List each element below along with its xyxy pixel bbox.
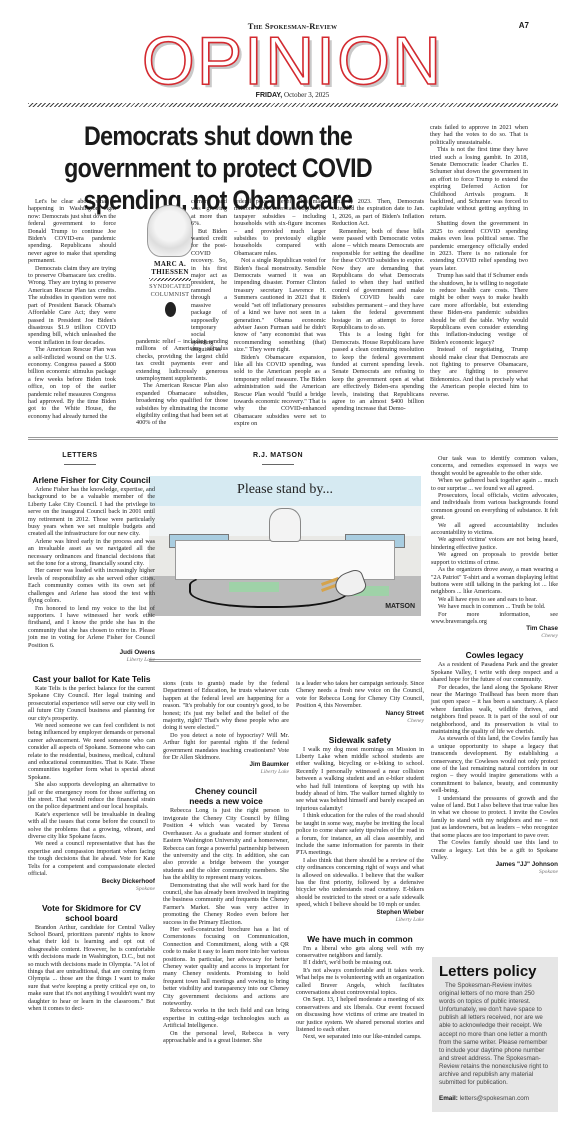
paragraph: federal poverty level. This made million… (234, 198, 326, 257)
section-divider (28, 437, 558, 440)
email-label: Email: (439, 1095, 458, 1102)
feature-column-4: Jan. 1, 2023. Then, Democrats extended t… (332, 198, 424, 413)
letter-title: Vote for Skidmore for CV school board (28, 903, 155, 923)
letter-location: Spokane (28, 886, 155, 893)
letter-location: Liberty Lake (28, 657, 155, 664)
paragraph: crats failed to approve in 2021 when the… (430, 124, 528, 146)
letter: Cheney council needs a new voice Rebecca… (163, 786, 289, 1044)
paragraph: We agreed victims' voices are not being … (431, 536, 558, 551)
paragraph: I'm a liberal who gets along well with m… (296, 945, 424, 960)
letter-title: Sidewalk safety (296, 735, 424, 745)
letter-author: Nancy Street (296, 710, 424, 718)
letter-title: Cowles legacy (431, 650, 558, 660)
letter-author: Becky Dickerhoof (28, 878, 155, 886)
paragraph: We need someone we can feel confident is… (28, 722, 155, 781)
letters-column-3: is a leader who takes her campaign serio… (296, 680, 424, 1041)
cartoonist-label: R.J. MATSON (238, 452, 318, 465)
paragraph: sions (cuts to grants) made by the feder… (163, 680, 289, 732)
letter: We have much in common I'm a liberal who… (296, 934, 424, 1041)
paragraph: She also supports developing an alternat… (28, 781, 155, 811)
paragraph: I walk my dog most mornings on Mission i… (296, 746, 424, 813)
paragraph: We all have eyes to see and ears to hear… (431, 596, 558, 603)
letter: Sidewalk safety I walk my dog most morni… (296, 735, 424, 924)
paragraph: As stewards of this land, the Cowles fam… (431, 735, 558, 794)
letter-author: Jim Baumker (163, 761, 289, 769)
policy-title: Letters policy (439, 964, 551, 980)
paragraph: I think education for the rules of the r… (296, 812, 424, 856)
paragraph: But Biden wanted credit for the post-COV… (191, 228, 227, 354)
letter-author: James "JJ" Johnson (431, 861, 558, 869)
paragraph: On the personal level, Rebecca is very a… (163, 1030, 289, 1045)
paragraph: I also think that there should be a revi… (296, 857, 424, 909)
letter-title: Arlene Fisher for City Council (28, 475, 155, 485)
paragraph: Her well-constructed brochure has a list… (163, 926, 289, 1007)
letters-label: LETTERS (60, 452, 100, 465)
feature-column-1: Let's be clear about what is happening i… (28, 198, 116, 420)
letter-location: Liberty Lake (163, 769, 289, 776)
paragraph: I understand the pressures of growth and… (431, 795, 558, 839)
paragraph: Let's be clear about what is happening i… (28, 198, 116, 265)
paragraph: Her career was loaded with increasingly … (28, 567, 155, 604)
paragraph: The American Rescue Plan also expanded O… (136, 382, 228, 426)
paragraph: Instead of negotiating, Trump should mak… (430, 346, 528, 398)
paragraph: I'm honored to lend my voice to the list… (28, 605, 155, 649)
paragraph: We have much in common ... Truth be told… (431, 603, 558, 610)
feature-column-3: federal poverty level. This made million… (234, 198, 326, 428)
columnist-rule (149, 278, 191, 281)
masthead-rule (28, 103, 558, 107)
policy-email: Email: letters@spokesman.com (439, 1095, 551, 1102)
letters-policy-box: Letters policy The Spokesman-Review invi… (432, 957, 558, 1112)
paragraph: Prosecutors, local officials, victim adv… (431, 492, 558, 522)
paragraph: It's not always comfortable and it takes… (296, 967, 424, 997)
section-title: OPINION (0, 29, 585, 93)
paragraph: If I didn't, we'd both be missing out. (296, 959, 424, 966)
letter-title: Cheney council needs a new voice (163, 786, 289, 806)
masthead: The Spokesman-Review A7 OPINION FRIDAY, … (0, 0, 585, 104)
letter-title: We have much in common (296, 934, 424, 944)
letter: Our task was to identify common values, … (431, 455, 558, 640)
paragraph: Jan. 1, 2023. Then, Democrats extended t… (332, 198, 424, 228)
letter: Vote for Skidmore for CV school board Br… (28, 903, 155, 1013)
paragraph: Kate's experience will be invaluable in … (28, 811, 155, 841)
letter: Cowles legacy As a resident of Pasadena … (431, 650, 558, 876)
email-link[interactable]: letters@spokesman.com (460, 1095, 529, 1102)
paragraph: Rebecca works in the tech field and can … (163, 1007, 289, 1029)
paragraph: We need a council representative that ha… (28, 840, 155, 877)
paragraph: pandemic relief – including sending mill… (136, 338, 228, 382)
letters-column-4: Our task was to identify common values, … (431, 455, 558, 886)
paragraph: Brandon Arthur, candidate for Central Va… (28, 924, 155, 1013)
paragraph: For more information, see www.braverange… (431, 611, 558, 626)
letters-column-2: sions (cuts to grants) made by the feder… (163, 680, 289, 1044)
letter: Arlene Fisher for City Council Arlene Fi… (28, 475, 155, 664)
paragraph: For decades, the land along the Spokane … (431, 684, 558, 736)
policy-text: The Spokesman-Review invites original le… (439, 982, 551, 1087)
letter-location: Liberty Lake (296, 917, 424, 924)
paragraph: The Cowles family should use this land t… (431, 839, 558, 861)
letter: sions (cuts to grants) made by the feder… (163, 680, 289, 776)
paragraph: We all agreed accountability includes ac… (431, 522, 558, 537)
cartoon-divider (149, 659, 421, 662)
paragraph: On Sept. 13, I helped moderate a meeting… (296, 996, 424, 1033)
paragraph: Do you detect a note of hypocrisy? Will … (163, 732, 289, 762)
paragraph: This is not the first time they have tri… (430, 146, 528, 220)
cartoon-caption: Please stand by... (149, 482, 421, 498)
paragraph: Not a single Republican voted for Biden'… (234, 257, 326, 353)
paragraph: Rebecca Long is just the right person to… (163, 807, 289, 881)
paragraph: Democrats claim they are trying to prese… (28, 265, 116, 346)
paragraph: The American Rescue Plan was a self-infl… (28, 346, 116, 420)
paragraph: Trump has said that if Schumer ends the … (430, 272, 528, 346)
editorial-cartoon: Please stand by... MATSON (149, 476, 421, 616)
cartoon-signature: MATSON (385, 603, 415, 610)
paragraph: corner and was growing at more than 6%. (191, 198, 227, 228)
columnist-portrait (147, 205, 193, 257)
letter: is a leader who takes her campaign serio… (296, 680, 424, 725)
paragraph: We agreed on proposals to provide better… (431, 551, 558, 566)
dateline-date: October 3, 2025 (284, 91, 329, 99)
letter: Cast your ballot for Kate Telis Kate Tel… (28, 674, 155, 893)
paragraph: Arlene was hired early in the process an… (28, 538, 155, 568)
letter-location: Cheney (431, 633, 558, 640)
letter-location: Spokane (431, 869, 558, 876)
paragraph: Demonstrating that she will work hard fo… (163, 882, 289, 926)
syndicate-logo-icon (165, 302, 176, 317)
letter-author: Judi Owens (28, 649, 155, 657)
paragraph: Biden's Obamacare expansion, like all hi… (234, 354, 326, 428)
paragraph: This is a losing fight for Democrats. Ho… (332, 331, 424, 412)
paragraph: As the organizers drove away, a man wear… (431, 566, 558, 596)
paragraph: Next, we separated into our like-minded … (296, 1033, 424, 1040)
paragraph: Our task was to identify common values, … (431, 455, 558, 477)
dateline-day: FRIDAY, (256, 92, 283, 99)
capitol-dome-icon (269, 508, 301, 542)
letters-column-1: Arlene Fisher for City Council Arlene Fi… (28, 475, 155, 1012)
paragraph: Remember, both of these bills were passe… (332, 228, 424, 332)
paragraph: is a leader who takes her campaign serio… (296, 680, 424, 710)
feature-column-2a: corner and was growing at more than 6%. … (191, 198, 227, 354)
paragraph: Arlene Fisher has the knowledge, experti… (28, 486, 155, 538)
feature-column-2b: pandemic relief – including sending mill… (136, 338, 228, 427)
letter-title: Cast your ballot for Kate Telis (28, 674, 155, 684)
dateline: FRIDAY, October 3, 2025 (0, 91, 585, 99)
paragraph: When we gathered back together again ...… (431, 477, 558, 492)
paragraph: Kate Telis is the perfect balance for th… (28, 685, 155, 722)
letter-location: Cheney (296, 718, 424, 725)
letter-author: Tim Chase (431, 625, 558, 633)
letter-author: Stephen Wieber (296, 909, 424, 917)
paragraph: Shutting down the government in 2025 to … (430, 220, 528, 272)
feature-column-5: crats failed to approve in 2021 when the… (430, 124, 528, 398)
paragraph: As a resident of Pasadena Park and the g… (431, 661, 558, 683)
